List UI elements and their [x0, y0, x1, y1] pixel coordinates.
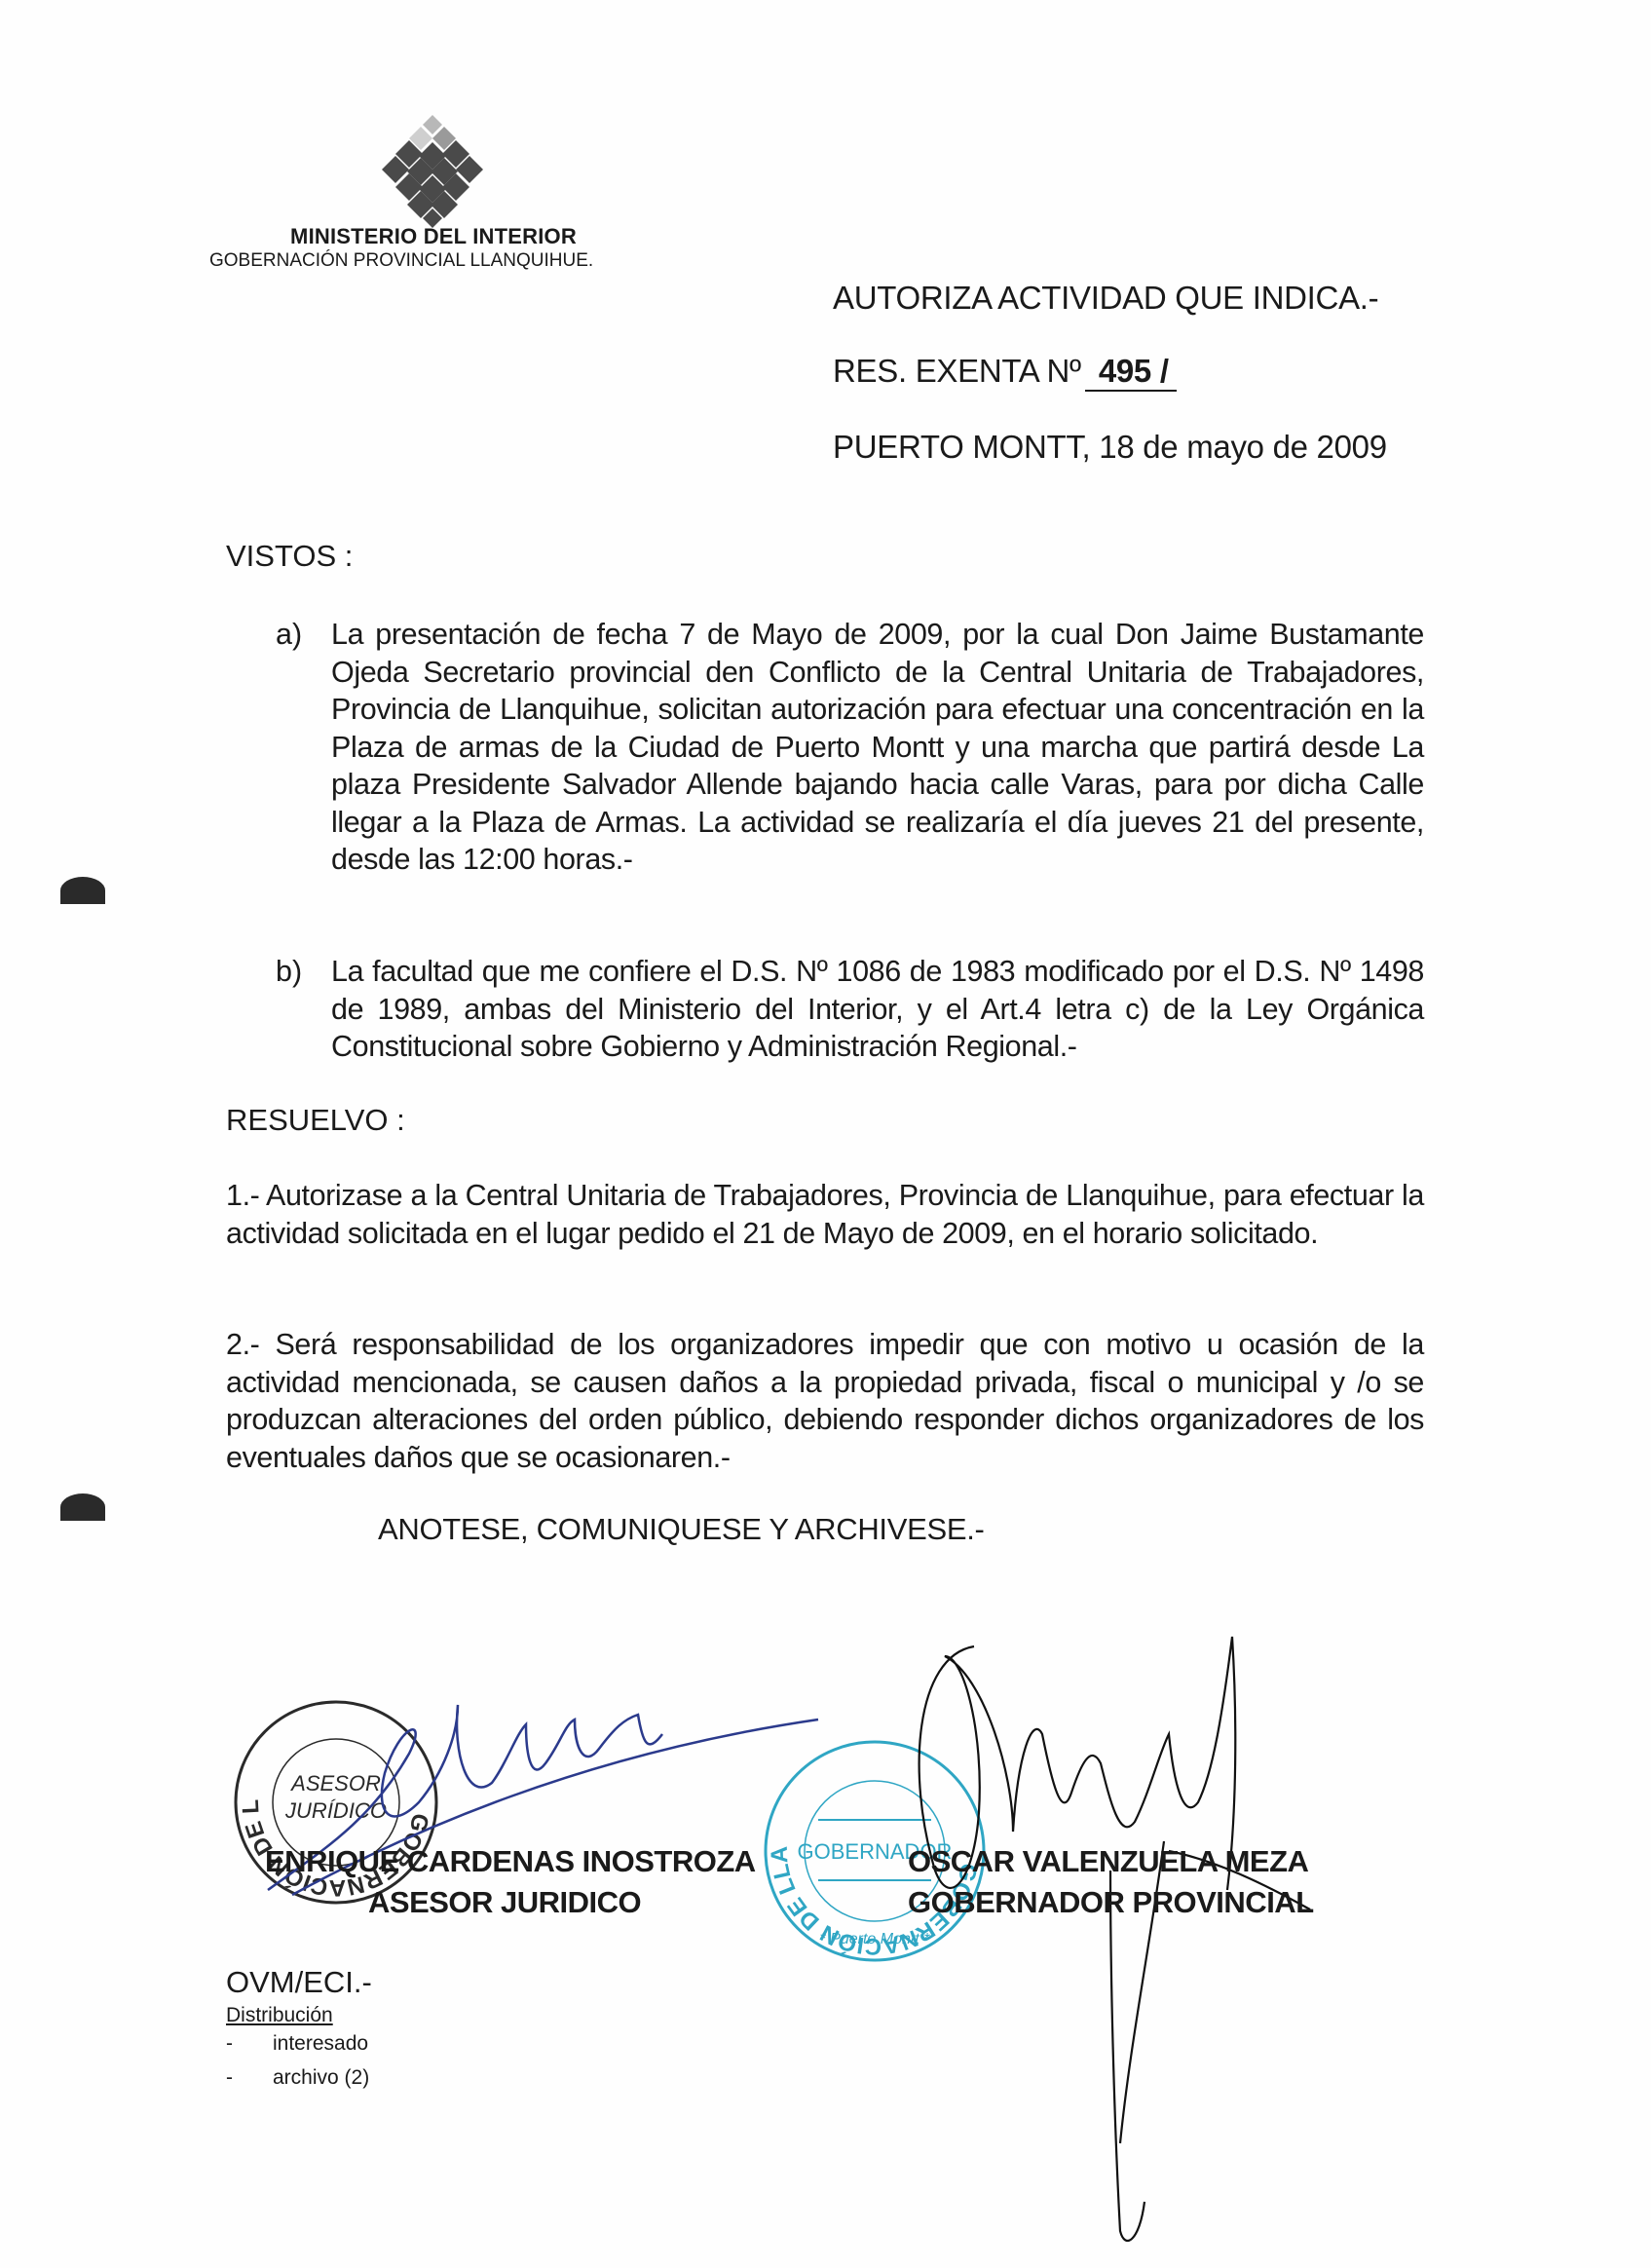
resolution-number: 495 /	[1085, 353, 1177, 392]
svg-text:ASESOR: ASESOR	[289, 1771, 381, 1795]
document-page: MINISTERIO DEL INTERIOR GOBERNACIÓN PROV…	[0, 0, 1651, 2268]
resolution-number-line: RES. EXENTA Nº495 /	[833, 353, 1177, 392]
place-date: PUERTO MONTT, 18 de mayo de 2009	[833, 429, 1387, 466]
governor-signature	[919, 1637, 1310, 2241]
reference-initials: OVM/ECI.-	[226, 1965, 372, 2000]
punch-hole	[60, 1493, 105, 1521]
resuelvo-item-1: 1.- Autorizase a la Central Unitaria de …	[226, 1177, 1424, 1252]
resolution-number-label: RES. EXENTA Nº	[833, 353, 1081, 389]
distribution-title: Distribución	[226, 2004, 333, 2027]
resuelvo-item-2: 2.- Será responsabilidad de los organiza…	[226, 1326, 1424, 1476]
distribution-item: -interesado	[226, 2032, 368, 2056]
closing-formula: ANOTESE, COMUNIQUESE Y ARCHIVESE.-	[378, 1512, 985, 1547]
svg-text:GOBERNACIÓN DE LLANQUIHUE: GOBERNACIÓN DE LLANQUIHUE	[0, 0, 433, 1901]
svg-text:* Puerto Montt *: * Puerto Montt *	[820, 1931, 931, 1947]
resolution-subject: AUTORIZA ACTIVIDAD QUE INDICA.-	[833, 280, 1378, 317]
signer-2-name: OSCAR VALENZUELA MEZA	[908, 1844, 1308, 1879]
ministry-logo-icon	[364, 107, 501, 234]
vistos-item-letter: b)	[276, 955, 302, 989]
signer-1-name: ENRIQUE CARDENAS INOSTROZA	[265, 1844, 756, 1879]
resuelvo-title: RESUELVO :	[226, 1103, 405, 1138]
punch-hole	[60, 877, 105, 904]
office-name: GOBERNACIÓN PROVINCIAL LLANQUIHUE.	[209, 250, 593, 272]
svg-text:JURÍDICO: JURÍDICO	[284, 1798, 387, 1823]
vistos-title: VISTOS :	[226, 539, 353, 574]
distribution-item: -archivo (2)	[226, 2066, 369, 2090]
signer-1-role: ASESOR JURIDICO	[368, 1885, 641, 1920]
vistos-item-letter: a)	[276, 618, 302, 652]
ministry-name: MINISTERIO DEL INTERIOR	[273, 224, 594, 249]
legal-advisor-stamp-icon: GOBERNACIÓN DE LLANQUIHUE ASESOR JURÍDIC…	[0, 0, 436, 1903]
vistos-item-a: La presentación de fecha 7 de Mayo de 20…	[331, 616, 1424, 879]
vistos-item-b: La facultad que me confiere el D.S. Nº 1…	[331, 953, 1424, 1066]
signer-2-role: GOBERNADOR PROVINCIAL	[908, 1885, 1314, 1920]
